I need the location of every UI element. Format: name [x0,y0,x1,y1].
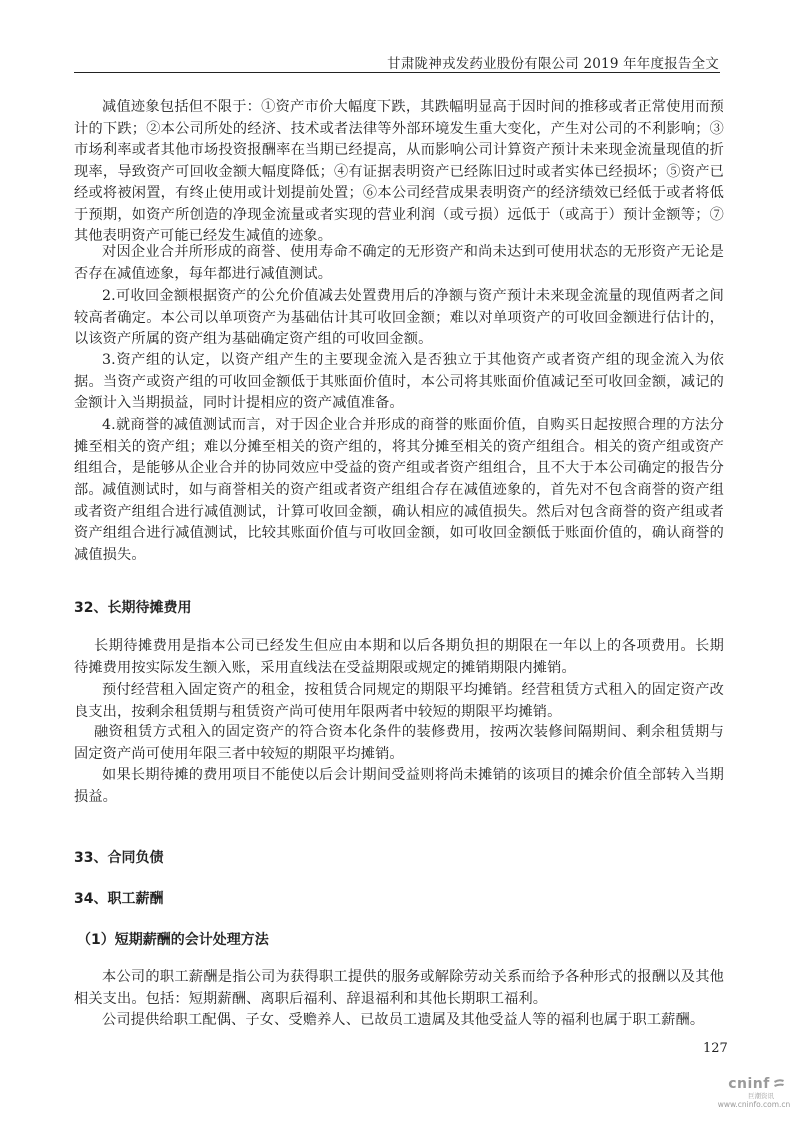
section-heading: 32、长期待摊费用 [74,597,191,617]
employee-compensation-definition: 本公司的职工薪酬是指公司为获得职工提供的服务或解除劳动关系而给予各种形式的报酬以… [74,967,724,1010]
transfer-to-profit-paragraph: 如果长期待摊的费用项目不能使以后会计期间受益则将尚未摊销的该项目的摊余价值全部转… [74,765,724,808]
header-divider [74,72,720,73]
logo-brand-text: cninf [728,1076,770,1092]
recoverable-amount-paragraph: 2.可收回金额根据资产的公允价值减去处置费用后的净额与资产预计未来现金流量的现值… [74,286,724,351]
employee-benefits-scope: 公司提供给职工配偶、子女、受赡养人、已故员工遗属及其他受益人等的福利也属于职工薪… [74,1010,724,1032]
goodwill-annual-test-paragraph: 对因企业合并所形成的商誉、使用寿命不确定的无形资产和尚未达到可使用状态的无形资产… [74,242,724,285]
logo-url: www.cninfo.com.cn [716,1100,792,1109]
cninfo-swirl-icon [772,1078,786,1090]
page-number: 127 [703,1041,728,1056]
long-term-prepaid-definition: 长期待摊费用是指本公司已经发生但应由本期和以后各期负担的期限在一年以上的各项费用… [74,636,724,679]
impairment-indicators-paragraph: 减值迹象包括但不限于：①资产市价大幅度下跌，其跌幅明显高于因时间的推移或者正常使… [74,97,724,248]
section-heading: 34、职工薪酬 [74,888,163,908]
logo-chinese-text: 巨潮资讯 [730,1092,792,1100]
section-33-heading: 33、合同负债 [74,847,163,867]
finance-lease-paragraph: 融资租赁方式租入的固定资产的符合资本化条件的装修费用，按两次装修间隔期间、剩余租… [74,722,724,765]
subsection-heading: （1）短期薪酬的会计处理方法 [77,929,269,949]
cninfo-logo: cninf 巨潮资讯 www.cninfo.com.cn [722,1076,792,1109]
asset-group-paragraph: 3.资产组的认定，以资产组产生的主要现金流入是否独立于其他资产或者资产组的现金流… [74,350,724,415]
report-title: 甘肃陇神戎发药业股份有限公司 2019 年年度报告全文 [387,52,719,72]
impairment-test-procedure-paragraph: 减值测试时，如与商誉相关的资产组或者资产组组合存在减值迹象的，首先对不包含商誉的… [74,480,724,566]
operating-lease-paragraph: 预付经营租入固定资产的租金，按租赁合同规定的期限平均摊销。经营租赁方式租入的固定… [74,680,724,723]
